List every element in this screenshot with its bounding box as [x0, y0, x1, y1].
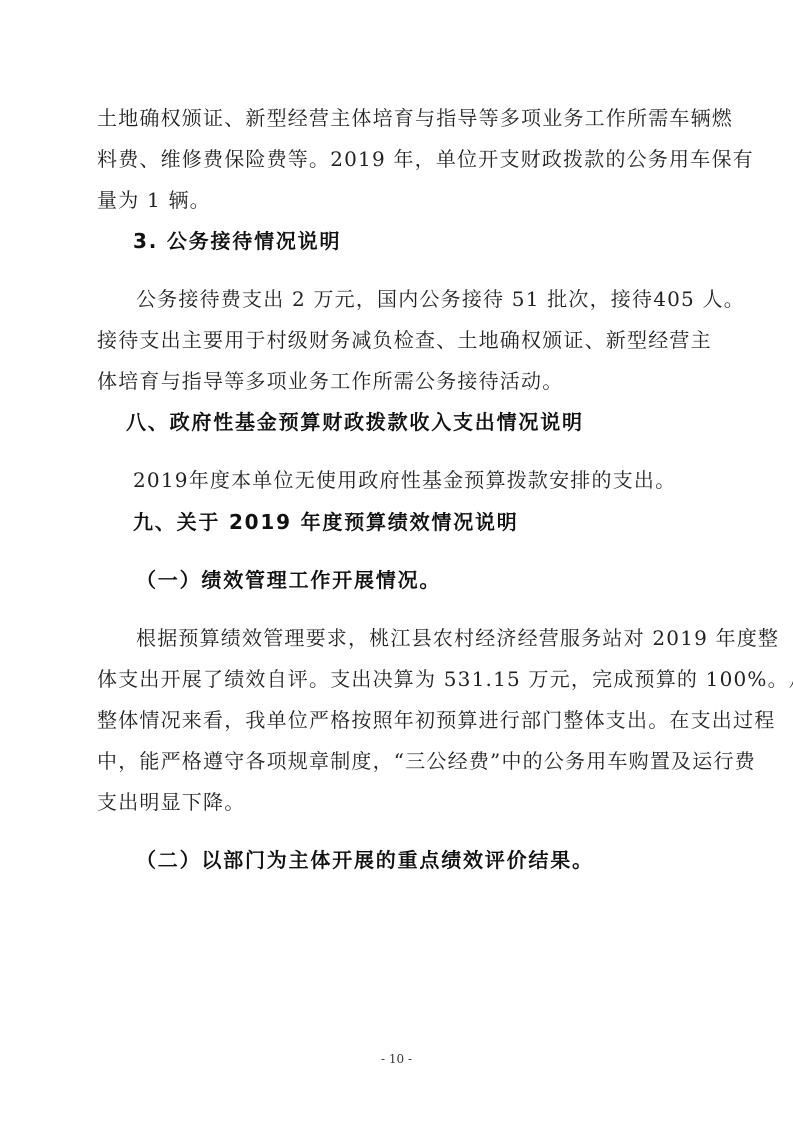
paragraph-reception-line-2: 接待支出主要用于村级财务减负检查、土地确权颁证、新型经营主 [97, 326, 712, 354]
paragraph-vehicle-line-3: 量为 1 辆。 [97, 186, 211, 214]
heading-reception: 3. 公务接待情况说明 [133, 227, 341, 255]
paragraph-performance-line-4: 中，能严格遵守各项规章制度，“三公经费”中的公务用车购置及运行费 [97, 747, 756, 775]
subsection-2-title: （二）以部门为主体开展的重点绩效评价结果。 [136, 846, 594, 874]
paragraph-reception-line-3: 体培育与指导等多项业务工作所需公务接待活动。 [97, 367, 563, 395]
paragraph-performance-line-3: 整体情况来看，我单位严格按照年初预算进行部门整体支出。在支出过程 [97, 706, 775, 734]
paragraph-vehicle-line-1: 土地确权颁证、新型经营主体培育与指导等多项业务工作所需车辆燃 [97, 104, 733, 132]
section-8-title: 八、政府性基金预算财政拨款收入支出情况说明 [126, 408, 584, 436]
paragraph-performance-line-5: 支出明显下降。 [97, 788, 245, 816]
page-number: - 10 - [0, 1052, 793, 1066]
subsection-1-title: （一）绩效管理工作开展情况。 [136, 566, 441, 594]
paragraph-performance-line-1: 根据预算绩效管理要求，桃江县农村经济经营服务站对 2019 年度整 [136, 624, 779, 652]
paragraph-reception-line-1: 公务接待费支出 2 万元，国内公务接待 51 批次，接待405 人。 [136, 285, 745, 313]
paragraph-government-fund: 2019年度本单位无使用政府性基金预算拨款安排的支出。 [133, 466, 676, 494]
section-9-title: 九、关于 2019 年度预算绩效情况说明 [133, 508, 519, 536]
paragraph-performance-line-2: 体支出开展了绩效自评。支出决算为 531.15 万元，完成预算的 100%。从 [97, 665, 793, 693]
paragraph-vehicle-line-2: 料费、维修费保险费等。2019 年，单位开支财政拨款的公务用车保有 [97, 145, 754, 173]
